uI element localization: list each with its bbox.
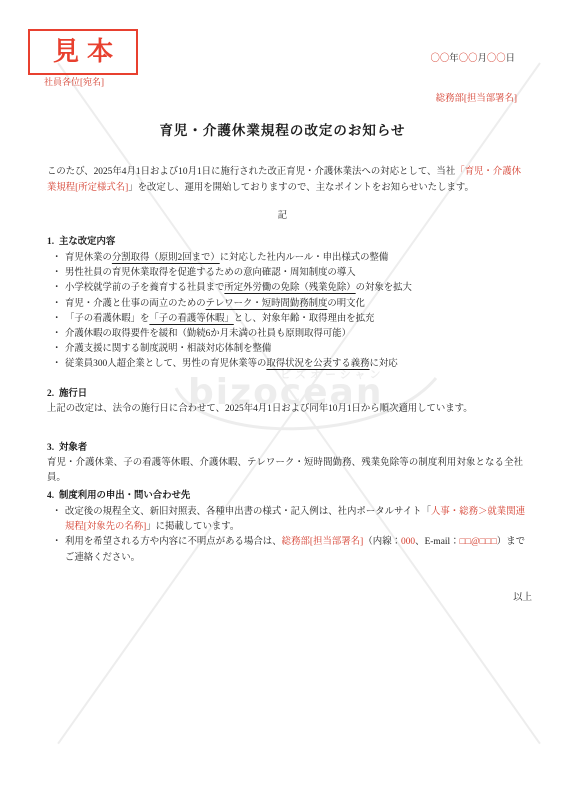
bullet-marker: ・ [52,357,61,372]
addressee-placeholder: 社員各位[宛名] [44,75,104,90]
list-item-text: 小学校就学前の子を養育する社員まで所定外労働の免除（残業免除）の対象を拡大 [65,283,412,293]
list-item-text: 改定後の規程全文、新旧対照表、各種申出書の様式・記入例は、社内ポータルサイト「人… [65,507,525,532]
sample-stamp: 見本 [28,29,138,75]
bullet-marker: ・ [52,327,61,342]
section-4-number: 4. [47,491,54,501]
list-item: ・「子の看護休暇」を「子の看護等休暇」とし、対象年齢・取得理由を拡充 [47,312,525,327]
section-3-heading: 3.対象者 [47,441,87,456]
sample-stamp-label: 見本 [45,39,121,65]
bullet-marker: ・ [52,251,61,266]
section-4-heading: 4.制度利用の申出・問い合わせ先 [47,489,190,504]
bullet-marker: ・ [52,535,61,550]
bullet-marker: ・ [52,342,61,357]
bullet-marker: ・ [52,281,61,296]
section-1-heading: 1.主な改定内容 [47,235,115,250]
list-item: ・改定後の規程全文、新旧対照表、各種申出書の様式・記入例は、社内ポータルサイト「… [47,505,525,535]
section-4-list: ・改定後の規程全文、新旧対照表、各種申出書の様式・記入例は、社内ポータルサイト「… [47,505,525,566]
section-2-body: 上記の改定は、法令の施行日に合わせて、2025年4月1日および同年10月1日から… [47,402,523,417]
list-item: ・利用を希望される方や内容に不明点がある場合は、総務部[担当部署名]（内線：00… [47,535,525,565]
ki-marker: 記 [0,209,565,224]
section-2-title: 施行日 [59,389,87,399]
section-3-title: 対象者 [59,443,87,453]
date-placeholder: 〇〇年〇〇月〇〇日 [431,52,515,67]
bullet-marker: ・ [52,297,61,312]
section-1-title: 主な改定内容 [59,237,115,247]
section-3-body: 育児・介護休業、子の看護等休暇、介護休暇、テレワーク・短時間勤務、残業免除等の制… [47,456,523,486]
list-item-text: 介護休暇の取得要件を緩和（勤続6か月未満の社員も原則取得可能） [65,329,351,339]
section-1-list: ・育児休業の分割取得（原則2回まで）に対応した社内ルール・申出様式の整備 ・男性… [47,251,525,373]
list-item: ・男性社員の育児休業取得を促進するための意向確認・周知制度の導入 [47,266,525,281]
list-item-text: 育児・介護と仕事の両立のためのテレワーク・短時間勤務制度の明文化 [65,299,365,309]
section-4-title: 制度利用の申出・問い合わせ先 [59,491,190,501]
list-item: ・小学校就学前の子を養育する社員まで所定外労働の免除（残業免除）の対象を拡大 [47,281,525,296]
closing-marker: 以上 [513,591,532,606]
list-item: ・従業員300人超企業として、男性の育児休業等の取得状況を公表する義務に対応 [47,357,525,372]
list-item: ・介護支援に関する制度説明・相談対応体制を整備 [47,342,525,357]
list-item: ・介護休暇の取得要件を緩和（勤続6か月未満の社員も原則取得可能） [47,327,525,342]
list-item-text: 介護支援に関する制度説明・相談対応体制を整備 [65,344,271,354]
document-page: ビズオーシャン bizocean 社員各位[宛名] 見本 〇〇年〇〇月〇〇日 総… [0,0,565,800]
list-item-text: 利用を希望される方や内容に不明点がある場合は、総務部[担当部署名]（内線：000… [65,537,525,562]
section-3-number: 3. [47,443,54,453]
bullet-marker: ・ [52,505,61,520]
section-1-number: 1. [47,237,54,247]
document-content: 社員各位[宛名] 見本 〇〇年〇〇月〇〇日 総務部[担当部署名] 育児・介護休業… [0,0,565,800]
document-title: 育児・介護休業規程の改定のお知らせ [0,123,565,138]
bullet-marker: ・ [52,312,61,327]
list-item: ・育児休業の分割取得（原則2回まで）に対応した社内ルール・申出様式の整備 [47,251,525,266]
list-item-text: 従業員300人超企業として、男性の育児休業等の取得状況を公表する義務に対応 [65,359,398,369]
department-placeholder: 総務部[担当部署名] [436,92,517,107]
list-item-text: 育児休業の分割取得（原則2回まで）に対応した社内ルール・申出様式の整備 [65,253,388,263]
list-item-text: 「子の看護休暇」を「子の看護等休暇」とし、対象年齢・取得理由を拡充 [65,314,374,324]
list-item-text: 男性社員の育児休業取得を促進するための意向確認・周知制度の導入 [65,268,356,278]
list-item: ・育児・介護と仕事の両立のためのテレワーク・短時間勤務制度の明文化 [47,297,525,312]
intro-paragraph: このたび、2025年4月1日および10月1日に施行された改正育児・介護休業法への… [47,165,521,196]
section-2-heading: 2.施行日 [47,387,87,402]
bullet-marker: ・ [52,266,61,281]
section-2-number: 2. [47,389,54,399]
